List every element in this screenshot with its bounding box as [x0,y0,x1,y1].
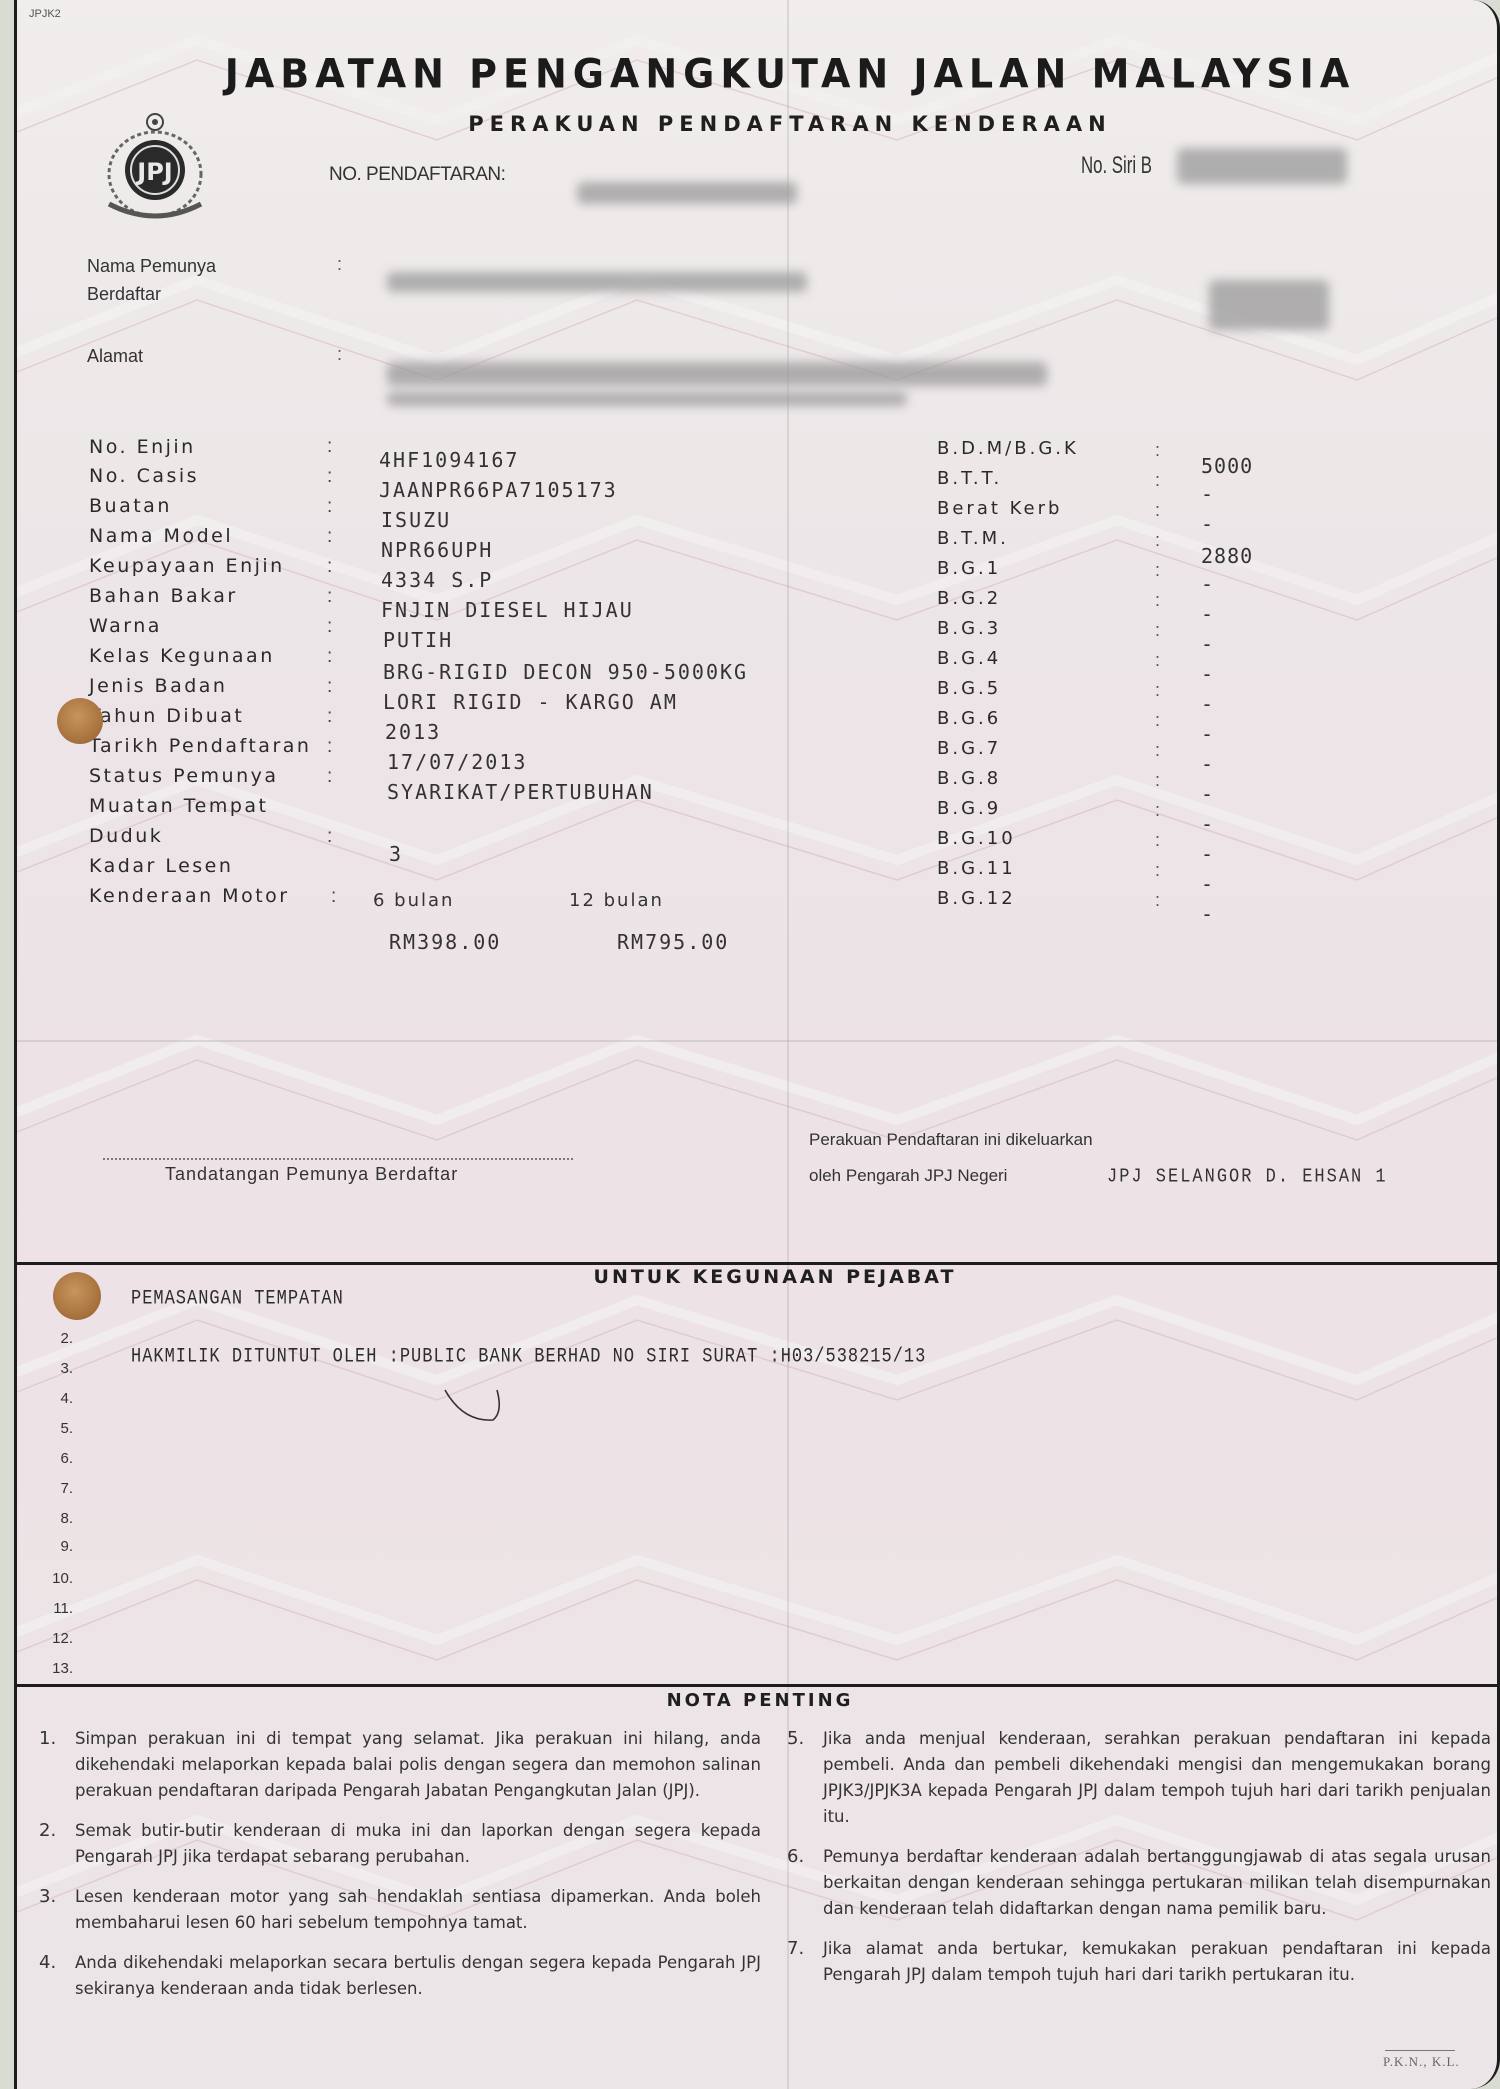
field-label-registration-date: Tarikh Pendaftaran [89,735,311,757]
serial-no-label: No. Siri B [1081,152,1152,180]
form-code: JPJK2 [29,8,61,20]
weight-colon: : [1155,800,1160,821]
field-colon: : [327,676,332,698]
field-label-usage-class: Kelas Kegunaan [89,645,275,667]
field-colon: : [327,526,332,548]
issuing-office: JPJ SELANGOR D. EHSAN 1 [1107,1167,1388,1189]
field-colon: : [327,706,332,728]
field-label-owner-status: Status Pemunya [89,765,279,787]
bg1-value: - [1201,572,1214,596]
owner-status-value: SYARIKAT/PERTUBUHAN [387,780,654,804]
license-period-6-label: 6 bulan [373,890,454,911]
line-number: 6. [41,1450,73,1467]
note-item: 6.Pemunya berdaftar kenderaan adalah ber… [787,1844,1491,1922]
field-colon: : [331,886,336,908]
note-item: 2.Semak butir-butir kenderaan di muka in… [39,1818,761,1870]
weight-colon: : [1155,530,1160,551]
field-label-year-made: Tahun Dibuat [89,705,244,727]
weight-label-bg4: B.G.4 [937,648,1001,669]
owner-name-colon: : [337,254,342,275]
weight-label-btt: B.T.T. [937,468,1002,489]
license-period-12-label: 12 bulan [569,890,664,911]
field-colon: : [327,826,332,848]
bg10-value: - [1201,842,1214,866]
engine-capacity-value: 4334 S.P [381,568,493,592]
line-number: 7. [41,1480,73,1497]
fuel-value: FNJIN DIESEL HIJAU [381,598,634,622]
weight-colon: : [1155,860,1160,881]
line-number: 9. [41,1538,73,1555]
line-number: 4. [41,1390,73,1407]
owner-signature-label: Tandatangan Pemunya Berdaftar [165,1164,458,1185]
weight-colon: : [1155,620,1160,641]
btt-value: - [1201,482,1214,506]
field-colon: : [327,586,332,608]
field-label-motor-vehicle: Kenderaan Motor [89,885,290,907]
issued-by-line2: oleh Pengarah JPJ Negeri [809,1166,1007,1186]
weight-colon: : [1155,500,1160,521]
field-label-fuel: Bahan Bakar [89,585,238,607]
office-entry-ownership-claim: HAKMILIK DITUNTUT OLEH :PUBLIC BANK BERH… [131,1346,926,1369]
vehicle-registration-certificate: JPJK2 JABATAN PENGANGKUTAN JALAN MALAYSI… [14,0,1500,2089]
weight-colon: : [1155,740,1160,761]
field-colon: : [327,646,332,668]
bg8-value: - [1201,782,1214,806]
field-label-colour: Warna [89,615,162,637]
bg11-value: - [1201,872,1214,896]
weight-label-btm: B.T.M. [937,528,1009,549]
line-number: 12. [41,1630,73,1647]
weight-label-bg9: B.G.9 [937,798,1001,819]
bg12-value: - [1201,902,1214,926]
field-label-engine-capacity: Keupayaan Enjin [89,555,285,577]
btm-value: 2880 [1201,544,1253,568]
weight-label-kerb: Berat Kerb [937,498,1062,519]
weight-colon: : [1155,770,1160,791]
note-item: 3.Lesen kenderaan motor yang sah hendakl… [39,1884,761,1936]
make-value: ISUZU [381,508,451,532]
weight-label-bg7: B.G.7 [937,738,1001,759]
signature-line [103,1158,573,1160]
registration-no-redacted [577,182,797,204]
weight-colon: : [1155,590,1160,611]
weight-label-bg10: B.G.10 [937,828,1016,849]
model-value: NPR66UPH [381,538,493,562]
bg7-value: - [1201,752,1214,776]
weight-colon: : [1155,650,1160,671]
field-colon: : [327,556,332,578]
address-colon: : [337,344,342,365]
notes-left-column: 1.Simpan perakuan ini di tempat yang sel… [39,1726,761,2016]
document-title: PERAKUAN PENDAFTARAN KENDERAAN [17,112,1500,136]
weight-label-bg1: B.G.1 [937,558,1001,579]
weight-colon: : [1155,710,1160,731]
punch-hole-stain [57,698,103,744]
kerb-weight-value: - [1201,512,1214,536]
weight-label-bg8: B.G.8 [937,768,1001,789]
address-redacted-line1 [387,362,1047,386]
weight-label-bg11: B.G.11 [937,858,1016,879]
line-number: 11. [41,1600,73,1617]
field-label-chassis-no: No. Casis [89,465,199,487]
weight-label-bg3: B.G.3 [937,618,1001,639]
weight-label-bg6: B.G.6 [937,708,1001,729]
chassis-no-value: JAANPR66PA7105173 [379,478,618,502]
note-item: 1.Simpan perakuan ini di tempat yang sel… [39,1726,761,1804]
note-item: 4.Anda dikehendaki melaporkan secara ber… [39,1950,761,2002]
bg6-value: - [1201,722,1214,746]
field-colon: : [327,616,332,638]
field-colon: : [327,496,332,518]
line-number: 8. [41,1510,73,1527]
weight-label-bg5: B.G.5 [937,678,1001,699]
owner-name-label: Nama Pemunya Berdaftar [87,252,216,308]
field-label-seating-2: Duduk [89,825,163,847]
serial-no-redacted [1177,148,1347,184]
weight-colon: : [1155,440,1160,461]
line-number: 5. [41,1420,73,1437]
bg9-value: - [1201,812,1214,836]
field-label-license-rate: Kadar Lesen [89,855,233,877]
field-colon: : [327,736,332,758]
line-number: 13. [41,1660,73,1677]
seating-value: 3 [389,842,403,866]
owner-name-redacted [387,272,807,292]
note-item: 5.Jika anda menjual kenderaan, serahkan … [787,1726,1491,1830]
license-12-month-amount: RM795.00 [617,930,729,954]
weight-label-bg12: B.G.12 [937,888,1016,909]
body-type-value: LORI RIGID - KARGO AM [383,690,678,714]
address-redacted-line2 [387,392,907,406]
registration-date-value: 17/07/2013 [387,750,527,774]
fold-crease [17,1040,1500,1042]
bg4-value: - [1201,662,1214,686]
agency-title: JABATAN PENGANGKUTAN JALAN MALAYSIA [17,51,1500,97]
office-use-title: UNTUK KEGUNAAN PEJABAT [17,1266,1500,1288]
line-number: 3. [41,1360,73,1377]
registration-no-label: NO. PENDAFTARAN: [329,164,505,186]
bg2-value: - [1201,602,1214,626]
notes-right-column: 5.Jika anda menjual kenderaan, serahkan … [787,1726,1491,2002]
important-notes-title: NOTA PENTING [17,1690,1500,1711]
bdm-value: 5000 [1201,454,1253,478]
field-label-seating: Muatan Tempat [89,795,268,817]
office-entry-local-assembly: PEMASANGAN TEMPATAN [131,1288,344,1311]
field-label-engine-no: No. Enjin [89,436,196,458]
weight-colon: : [1155,830,1160,851]
field-colon: : [327,766,332,788]
weight-colon: : [1155,560,1160,581]
usage-class-value: BRG-RIGID DECON 950-5000KG [383,660,748,684]
bg5-value: - [1201,692,1214,716]
weight-colon: : [1155,470,1160,491]
line-number: 2. [41,1330,73,1347]
section-divider [17,1684,1500,1687]
field-label-body-type: Jenis Badan [89,675,227,697]
engine-no-value: 4HF1094167 [379,448,519,472]
field-colon: : [327,436,332,458]
jpj-crest-icon: JPJ [95,108,215,228]
weight-label-bdm: B.D.M/B.G.K [937,438,1079,459]
field-label-model: Nama Model [89,525,233,547]
license-6-month-amount: RM398.00 [389,930,501,954]
section-divider [17,1262,1500,1265]
punch-hole-stain [53,1272,101,1320]
issued-by-line1: Perakuan Pendaftaran ini dikeluarkan [809,1130,1093,1150]
year-made-value: 2013 [385,720,441,744]
weight-label-bg2: B.G.2 [937,588,1001,609]
line-number: 10. [41,1570,73,1587]
field-label-make: Buatan [89,495,172,517]
pen-mark [443,1382,513,1427]
note-item: 7.Jika alamat anda bertukar, kemukakan p… [787,1936,1491,1988]
weight-colon: : [1155,680,1160,701]
bg3-value: - [1201,632,1214,656]
colour-value: PUTIH [383,628,453,652]
weight-colon: : [1155,890,1160,911]
svg-text:JPJ: JPJ [135,158,172,186]
field-colon: : [327,466,332,488]
address-label: Alamat [87,342,143,370]
owner-id-redacted [1209,280,1329,330]
footer-rule [1385,2050,1455,2051]
printer-code: P.K.N., K.L. [1383,2054,1460,2070]
